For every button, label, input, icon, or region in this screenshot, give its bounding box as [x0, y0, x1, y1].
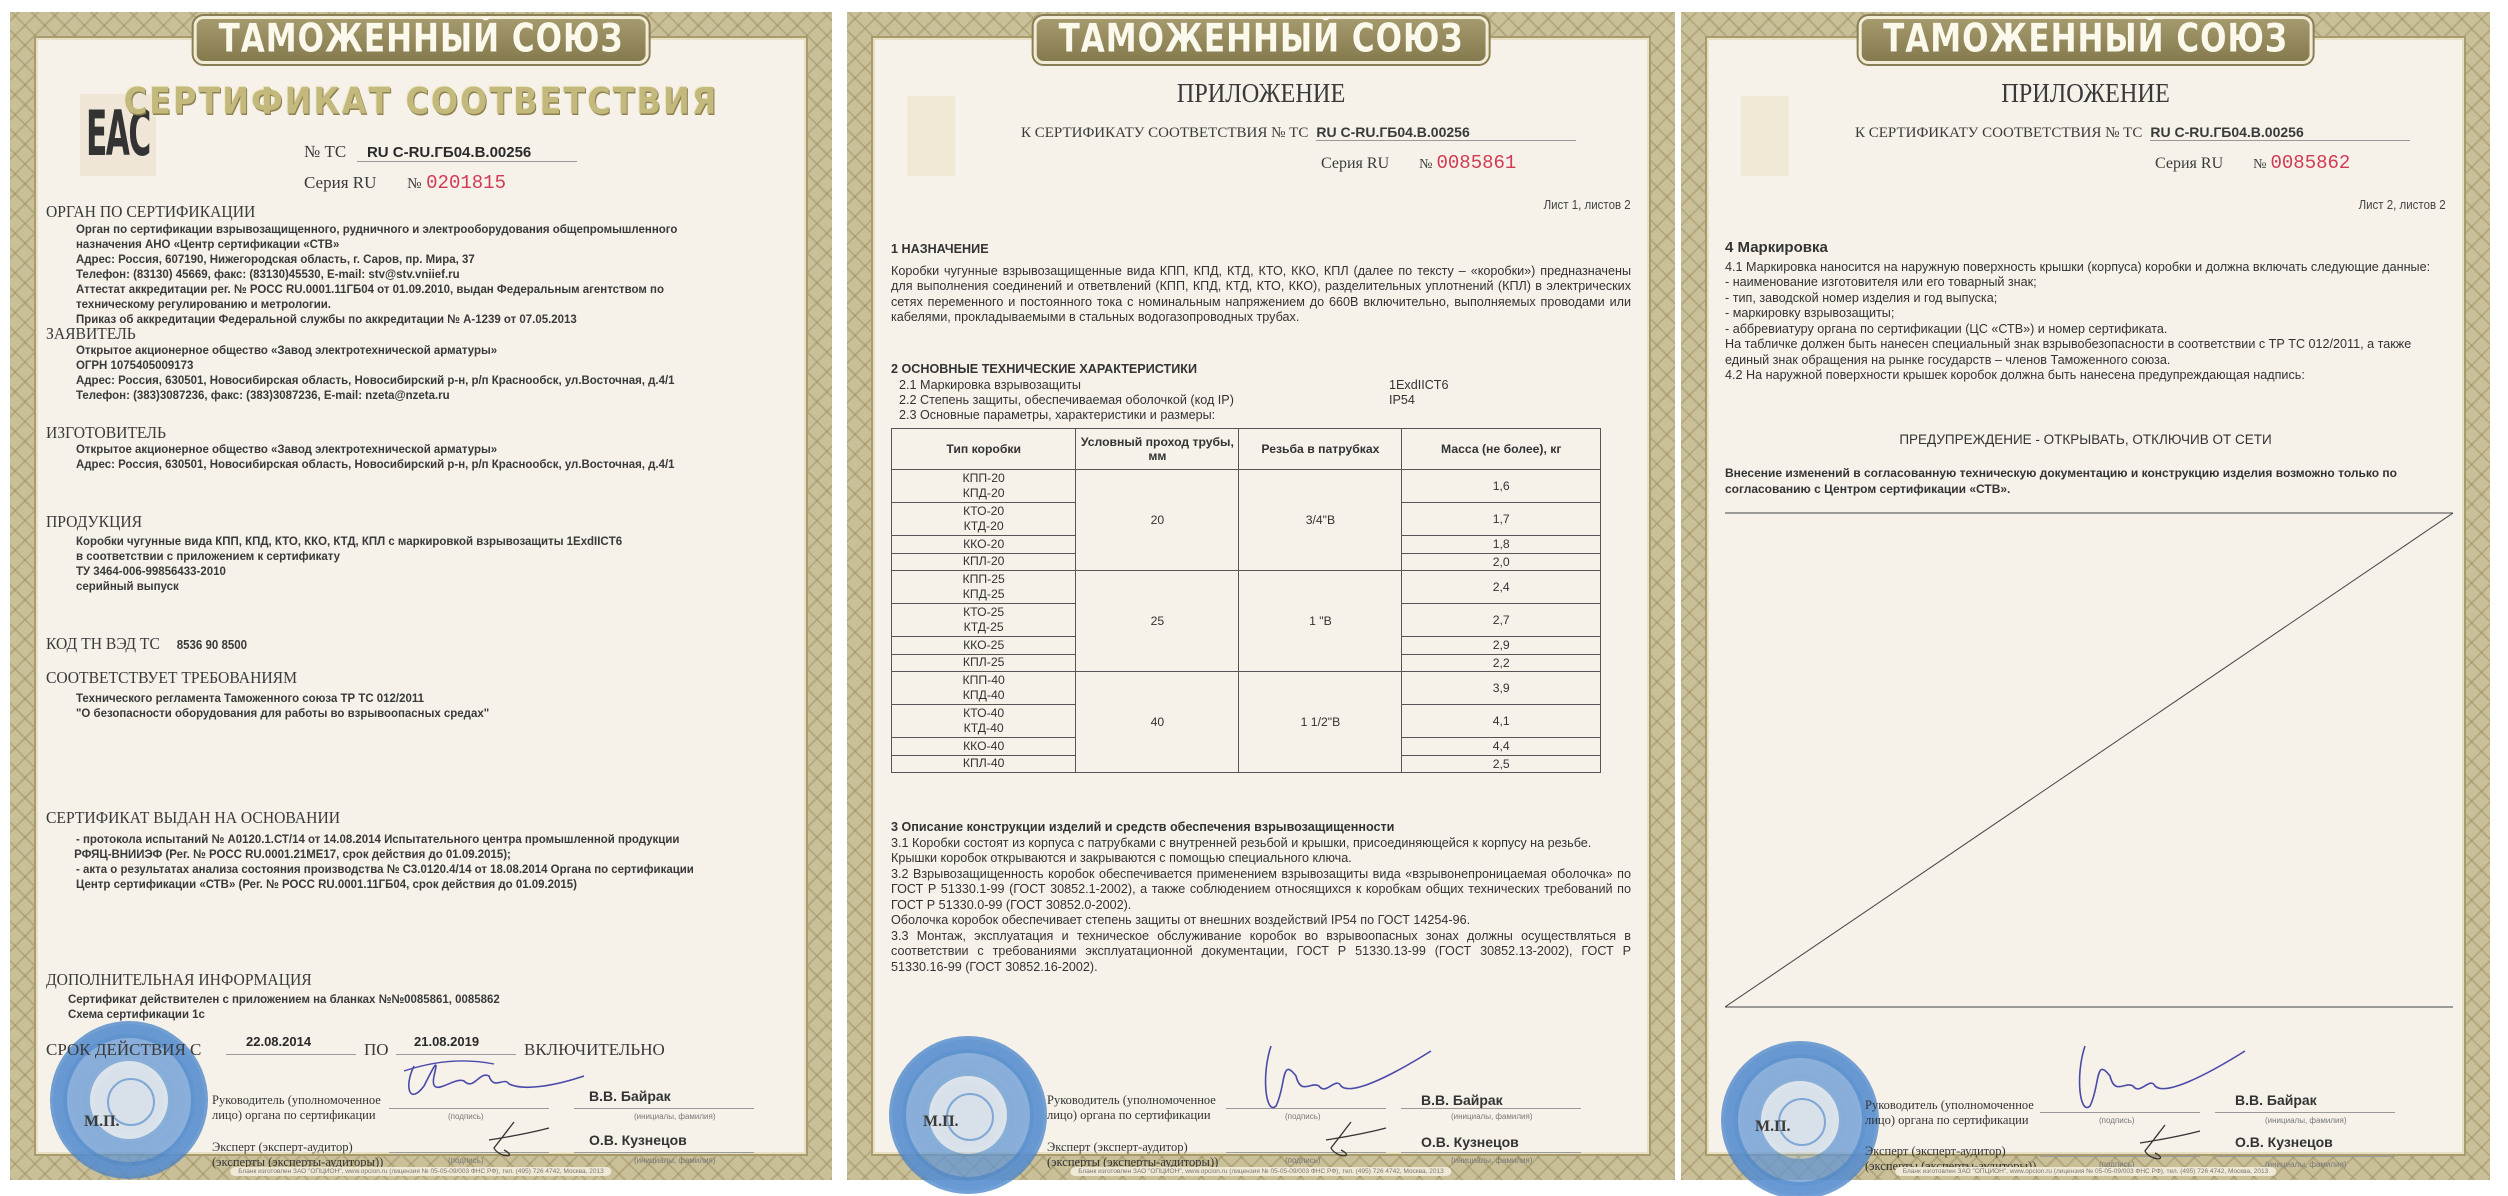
sheet-number: Лист 1, листов 2: [1544, 198, 1631, 212]
expert-role-label: Эксперт (эксперт-аудитор) (эксперты (экс…: [212, 1140, 383, 1170]
stamp-place-label: М.П.: [84, 1113, 120, 1131]
box-type-cell: ККО-20: [892, 536, 1076, 554]
section-heading-issued-basis: СЕРТИФИКАТ ВЫДАН НА ОСНОВАНИИ: [46, 808, 340, 828]
section-specs: 2 ОСНОВНЫЕ ТЕХНИЧЕСКИЕ ХАРАКТЕРИСТИКИ 2.…: [891, 362, 1631, 423]
blank-footer: Бланк изготовлен ЗАО "ОПЦИОН", www.opcio…: [1070, 1167, 1451, 1176]
box-type-cell: КТО-40КТД-40: [892, 705, 1076, 738]
mass-cell: 2,0: [1402, 553, 1601, 571]
head-name: В.В. Байрак: [589, 1088, 671, 1104]
appendix-certificate-ref: К СЕРТИФИКАТУ СООТВЕТСТВИЯ № ТСRU C-RU.Г…: [1855, 124, 2410, 142]
mass-cell: 2,7: [1402, 604, 1601, 637]
blank-space-z-line: [1725, 511, 2453, 1009]
thread-cell: 1 1/2"B: [1239, 672, 1402, 773]
section-additional-info: Сертификат действителен с приложением на…: [68, 992, 500, 1022]
mass-cell: 2,9: [1402, 637, 1601, 655]
mass-cell: 3,9: [1402, 672, 1601, 705]
customs-union-banner: ТАМОЖЕННЫЙ СОЮЗ: [194, 16, 649, 64]
expert-name: О.В. Кузнецов: [2235, 1134, 2333, 1150]
mass-cell: 1,8: [1402, 536, 1601, 554]
table-row: КПП-40КПД-40401 1/2"B3,9: [892, 672, 1601, 705]
mass-cell: 2,2: [1402, 654, 1601, 672]
head-role-label: Руководитель (уполномоченное лицо) орган…: [1047, 1093, 1216, 1123]
expert-signature-icon: [474, 1118, 554, 1163]
table-row: КПП-25КПД-25251 "B2,4: [892, 571, 1601, 604]
head-signature-icon: [2055, 1036, 2255, 1126]
mass-cell: 2,4: [1402, 571, 1601, 604]
certificate-title: СЕРТИФИКАТ СООТВЕТСТВИЯ: [34, 82, 808, 120]
section-purpose: 1 НАЗНАЧЕНИЕ Коробки чугунные взрывозащи…: [891, 242, 1631, 326]
change-note: Внесение изменений в согласованную техни…: [1725, 466, 2446, 497]
expert-name: О.В. Кузнецов: [589, 1132, 687, 1148]
customs-union-banner: ТАМОЖЕННЫЙ СОЮЗ: [1858, 16, 2313, 64]
section-products: Коробки чугунные вида КПП, КПД, КТО, ККО…: [76, 534, 622, 594]
section-heading-applicant: ЗАЯВИТЕЛЬ: [46, 324, 136, 344]
box-type-cell: КПЛ-40: [892, 755, 1076, 773]
box-type-cell: КПП-25КПД-25: [892, 571, 1076, 604]
certificate-page: ТАМОЖЕННЫЙ СОЮЗ ЕАС СЕРТИФИКАТ СООТВЕТСТ…: [10, 12, 832, 1180]
specifications-table: Тип коробки Условный проход трубы, мм Ре…: [891, 428, 1601, 773]
appendix-page-1: ТАМОЖЕННЫЙ СОЮЗ ПРИЛОЖЕНИЕ К СЕРТИФИКАТУ…: [847, 12, 1675, 1180]
section-issued-basis: - протокола испытаний № А0120.1.СТ/14 от…: [76, 832, 694, 892]
certificate-number: № ТС RU C-RU.ГБ04.В.00256: [304, 142, 577, 162]
warning-text: ПРЕДУПРЕЖДЕНИЕ - ОТКРЫВАТЬ, ОТКЛЮЧИВ ОТ …: [1705, 432, 2466, 447]
table-row: КПП-20КПД-20203/4"B1,6: [892, 470, 1601, 503]
appendix-title: ПРИЛОЖЕНИЕ: [1743, 78, 2428, 109]
blank-footer: Бланк изготовлен ЗАО "ОПЦИОН", www.opcio…: [230, 1167, 611, 1176]
blank-footer: Бланк изготовлен ЗАО "ОПЦИОН", www.opcio…: [1895, 1167, 2276, 1176]
section-heading-requirements: СООТВЕТСТВУЕТ ТРЕБОВАНИЯМ: [46, 668, 297, 688]
appendix-series: Серия RU № 0085861: [1321, 152, 1516, 174]
box-type-cell: КПП-20КПД-20: [892, 470, 1076, 503]
section-heading-manufacturer: ИЗГОТОВИТЕЛЬ: [46, 423, 166, 443]
stamp-place-label: М.П.: [923, 1113, 959, 1131]
bore-cell: 20: [1076, 470, 1239, 571]
sheet-number: Лист 2, листов 2: [2359, 198, 2446, 212]
box-type-cell: КТО-20КТД-20: [892, 503, 1076, 536]
customs-union-banner: ТАМОЖЕННЫЙ СОЮЗ: [1034, 16, 1489, 64]
expert-role-label: Эксперт (эксперт-аудитор) (эксперты (экс…: [1047, 1140, 1218, 1170]
head-signature-icon: [394, 1046, 594, 1116]
section-marking: 4 Маркировка 4.1 Маркировка наносится на…: [1725, 240, 2446, 384]
box-type-cell: КТО-25КТД-25: [892, 604, 1076, 637]
mass-cell: 4,1: [1402, 705, 1601, 738]
expert-signature-icon: [1311, 1118, 1391, 1163]
expert-name: О.В. Кузнецов: [1421, 1134, 1519, 1150]
section-requirements: Технического регламента Таможенного союз…: [76, 691, 489, 721]
certificate-series: Серия RU № 0201815: [304, 172, 506, 194]
mass-cell: 1,7: [1402, 503, 1601, 536]
section-construction: 3 Описание конструкции изделий и средств…: [891, 820, 1631, 975]
appendix-certificate-ref: К СЕРТИФИКАТУ СООТВЕТСТВИЯ № ТСRU C-RU.Г…: [1021, 124, 1576, 142]
section-applicant: Открытое акционерное общество «Завод эле…: [76, 343, 675, 403]
box-type-cell: ККО-40: [892, 738, 1076, 756]
box-type-cell: КПП-40КПД-40: [892, 672, 1076, 705]
seal-stamp-icon: [889, 1036, 1047, 1194]
mass-cell: 1,6: [1402, 470, 1601, 503]
bore-cell: 25: [1076, 571, 1239, 672]
section-manufacturer: Открытое акционерное общество «Завод эле…: [76, 442, 675, 472]
mass-cell: 2,5: [1402, 755, 1601, 773]
expert-signature-icon: [2125, 1121, 2205, 1166]
appendix-title: ПРИЛОЖЕНИЕ: [910, 78, 1612, 109]
tn-ved-code-row: КОД ТН ВЭД ТС 8536 90 8500: [46, 634, 247, 654]
head-signature-icon: [1241, 1036, 1441, 1126]
seal-stamp-icon: [1721, 1041, 1879, 1196]
thread-cell: 1 "B: [1239, 571, 1402, 672]
section-heading-additional-info: ДОПОЛНИТЕЛЬНАЯ ИНФОРМАЦИЯ: [46, 970, 312, 990]
section-certification-body: Орган по сертификации взрывозащищенного,…: [76, 222, 677, 327]
head-role-label: Руководитель (уполномоченное лицо) орган…: [212, 1093, 381, 1123]
stamp-place-label: М.П.: [1755, 1118, 1791, 1136]
thread-cell: 3/4"B: [1239, 470, 1402, 571]
head-role-label: Руководитель (уполномоченное лицо) орган…: [1865, 1098, 2034, 1128]
bore-cell: 40: [1076, 672, 1239, 773]
appendix-series: Серия RU № 0085862: [2155, 152, 2350, 174]
section-heading-products: ПРОДУКЦИЯ: [46, 512, 142, 532]
box-type-cell: ККО-25: [892, 637, 1076, 655]
box-type-cell: КПЛ-25: [892, 654, 1076, 672]
mass-cell: 4,4: [1402, 738, 1601, 756]
appendix-page-2: ТАМОЖЕННЫЙ СОЮЗ ПРИЛОЖЕНИЕ К СЕРТИФИКАТУ…: [1681, 12, 2490, 1180]
box-type-cell: КПЛ-20: [892, 553, 1076, 571]
section-heading-certification-body: ОРГАН ПО СЕРТИФИКАЦИИ: [46, 202, 255, 222]
